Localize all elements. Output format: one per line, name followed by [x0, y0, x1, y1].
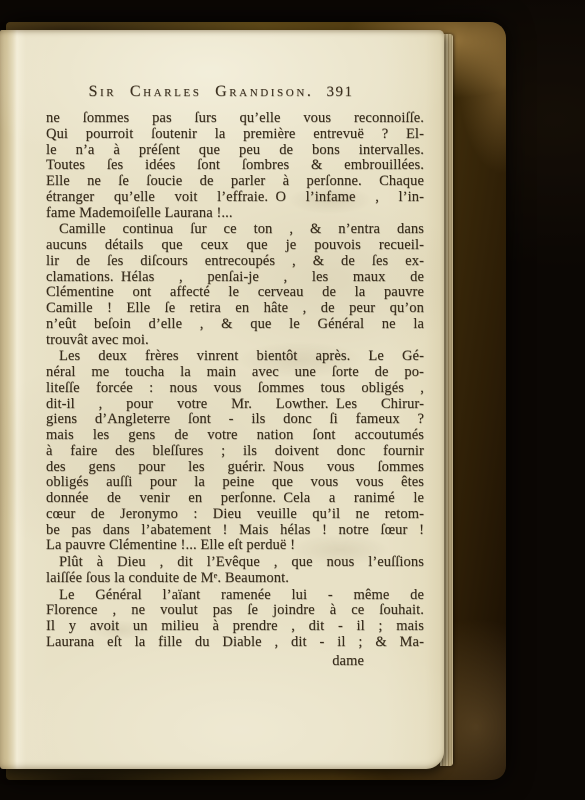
- text-line: Le Général l’aïant ramenée lui - même de: [46, 588, 424, 604]
- text-line: Clémentine ont affecté le cerveau de la …: [46, 285, 424, 301]
- text-line: obligés auſſi pour la peine que vous vou…: [46, 475, 424, 491]
- text-line: n’eût beſoin d’elle , & que le Général n…: [46, 317, 424, 333]
- text-line: dit-il , pour votre Mr. Lowther. Les Chi…: [46, 397, 424, 413]
- text-line: Florence , ne voulut pas ſe joindre à ce…: [46, 603, 424, 619]
- text-line: Camille ! Elle ſe retira en hâte , de pe…: [46, 301, 424, 317]
- paragraph: ne ſommes pas ſurs qu’elle vous reconnoi…: [46, 111, 424, 221]
- text-line: aucuns détails que ceux que je pouvois r…: [46, 238, 424, 254]
- text-line: mais les gens de votre nation ſont accou…: [46, 428, 424, 444]
- catchword: dame: [46, 654, 424, 670]
- text-line: giens d’Angleterre ſont - ils donc ſi fa…: [46, 412, 424, 428]
- text-line: La pauvre Clémentine !... Elle eſt perdu…: [46, 538, 424, 554]
- text-line: clamations. Hélas , penſai-je , les maux…: [46, 270, 424, 286]
- text-line: Qui pourroit ſoutenir la première entrev…: [46, 127, 424, 143]
- text-line: ne ſommes pas ſurs qu’elle vous reconnoi…: [46, 111, 424, 127]
- text-line: des gens pour les guérir. Nous vous ſomm…: [46, 460, 424, 476]
- text-line: Les deux frères vinrent bientôt après. L…: [46, 349, 424, 365]
- text-line: Elle ne ſe ſoucie de parler à perſonne. …: [46, 174, 424, 190]
- running-header: Sir Charles Grandison.391: [46, 83, 424, 101]
- text-line: be pas dans l’abatement ! Mais hélas ! n…: [46, 523, 424, 539]
- photo-background: Sir Charles Grandison.391 ne ſommes pas …: [0, 0, 585, 800]
- text-line: fame Mademoiſelle Laurana !...: [46, 206, 424, 222]
- page-number: 391: [326, 84, 353, 100]
- text-line: liteſſe forcée : nous vous ſommes tous o…: [46, 381, 424, 397]
- text-line: Il y avoit un milieu à prendre , dit - i…: [46, 619, 424, 635]
- text-line: donnée de venir en perſonne. Cela a rani…: [46, 491, 424, 507]
- paragraph: Les deux frères vinrent bientôt après. L…: [46, 349, 424, 554]
- text-line: Plût à Dieu , dit l’Evêque , que nous l’…: [46, 555, 424, 571]
- paragraph: Camille continua ſur ce ton , & n’entra …: [46, 222, 424, 348]
- text-line: laiſſée ſous la conduite de Mᵉ. Beaumont…: [46, 571, 424, 587]
- text-line: lir de ſes diſcours entrecoupés , & de ſ…: [46, 254, 424, 270]
- text-line: étranger qu’elle voit l’effraie. O l’inf…: [46, 190, 424, 206]
- paragraph: Le Général l’aïant ramenée lui - même de…: [46, 588, 424, 651]
- text-line: trouvât avec moi.: [46, 333, 424, 349]
- text-line: cœur de Jeronymo : Dieu veuille qu’il ne…: [46, 507, 424, 523]
- text-line: néral me toucha la main avec une ſorte d…: [46, 365, 424, 381]
- text-line: à faire des bleſſures ; ils doivent donc…: [46, 444, 424, 460]
- paragraph: Plût à Dieu , dit l’Evêque , que nous l’…: [46, 555, 424, 587]
- text-line: le n’a à préſent que peu de bons interva…: [46, 143, 424, 159]
- book-page: Sir Charles Grandison.391 ne ſommes pas …: [0, 30, 444, 769]
- text-block: ne ſommes pas ſurs qu’elle vous reconnoi…: [46, 111, 424, 669]
- text-line: Toutes ſes idées ſont ſombres & embrouil…: [46, 158, 424, 174]
- paragraphs-container: ne ſommes pas ſurs qu’elle vous reconnoi…: [46, 111, 424, 651]
- header-title: Sir Charles Grandison.: [89, 83, 314, 100]
- text-line: Laurana eſt la fille du Diable , dit - i…: [46, 635, 424, 651]
- text-line: Camille continua ſur ce ton , & n’entra …: [46, 222, 424, 238]
